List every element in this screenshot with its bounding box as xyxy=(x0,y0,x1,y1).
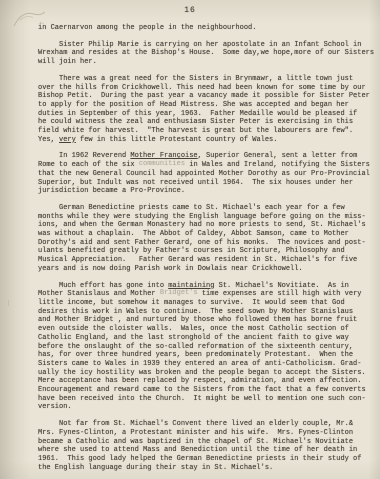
text-line: Mother Stanislaus and Mother Bridget's t… xyxy=(38,290,374,299)
decorated-word: communities xyxy=(139,160,185,168)
text-line: Encouragement and reward came to the Sis… xyxy=(38,386,374,395)
text-line: Much effort has gone into maintaining St… xyxy=(38,282,374,291)
text-line: even outside the cloister walls. Wales, … xyxy=(38,325,374,334)
text-line: Superior, but Indult was not received un… xyxy=(38,179,374,188)
text-line: 1961. This good lady helped the German B… xyxy=(38,455,374,464)
text-line: Not far from St. Michael's Convent there… xyxy=(38,420,374,429)
text-line: Catholic England, and the last stronghol… xyxy=(38,334,374,343)
text-line: jurisdiction became a Pro-Province. xyxy=(38,187,374,196)
decorated-word: very xyxy=(59,136,76,144)
text-line: to apply for the position of Head Mistre… xyxy=(38,101,374,110)
text-line: field white for harvest. "The harvest is… xyxy=(38,127,374,136)
paragraph: There was a great need for the Sisters i… xyxy=(38,75,374,145)
text-line: There was a great need for the Sisters i… xyxy=(38,75,374,84)
text-line: Wrexham and resides at the Bishop's Hous… xyxy=(38,49,374,58)
text-line: where she used to attend Mass and Benedi… xyxy=(38,446,374,455)
page-number: 16 xyxy=(0,6,380,15)
text-line: have been received into the Church. It m… xyxy=(38,395,374,404)
text-line: that the new General Council had appoint… xyxy=(38,170,374,179)
text-line: became a Catholic and was baptized in th… xyxy=(38,438,374,447)
paragraph: German Benedictine priests came to St. M… xyxy=(38,204,374,274)
text-line: over the hills from Crickhowell. This ne… xyxy=(38,84,374,93)
text-line: Mere acceptance has been replaced by res… xyxy=(38,377,374,386)
paragraph: Sister Philip Marie is carrying on her a… xyxy=(38,41,374,67)
text-line: Sisters came to Wales in 1939 they enter… xyxy=(38,360,374,369)
text-line: ually the icy hostility was broken and t… xyxy=(38,369,374,378)
text-line: Mrs. Fynes-Clinton, a Protestant ministe… xyxy=(38,429,374,438)
paragraph: Not far from St. Michael's Convent there… xyxy=(38,420,374,472)
text-line: years and is now doing Parish work in Do… xyxy=(38,265,374,274)
text-line: has, for over three hundred years, been … xyxy=(38,351,374,360)
paragraph: In 1962 Reverend Mother Françoise, Super… xyxy=(38,152,374,196)
scan-speck xyxy=(8,300,9,306)
text-line: will join her. xyxy=(38,58,374,67)
text-line: the English language during their stay i… xyxy=(38,464,374,473)
text-line: little income, but somehow it manages to… xyxy=(38,299,374,308)
text-line: he could witness the zeal and enthusiasm… xyxy=(38,118,374,127)
text-line: ulants benefited greatly by Father's cou… xyxy=(38,247,374,256)
text-line: version. xyxy=(38,403,374,412)
text-line: and Mother Bridget , and nurtured by tho… xyxy=(38,316,374,325)
paragraph: Much effort has gone into maintaining St… xyxy=(38,282,374,413)
text-line: Yes, very few in this little Protestant … xyxy=(38,136,374,145)
decorated-word: Bridget's xyxy=(160,289,198,297)
text-line: was without a chaplain. The Abbot of Cal… xyxy=(38,230,374,239)
text-line: In 1962 Reverend Mother Françoise, Super… xyxy=(38,152,374,161)
text-line: Bishop Petit. During the past year a vac… xyxy=(38,92,374,101)
scanned-page: 16 in Caernarvon among the people in the… xyxy=(0,0,380,479)
text-line: Rome to each of the six communities in W… xyxy=(38,161,374,170)
text-line: before the onslaught of the so-called re… xyxy=(38,343,374,352)
text-line: German Benedictine priests came to St. M… xyxy=(38,204,374,213)
page-text: in Caernarvon among the people in the ne… xyxy=(38,24,374,479)
text-line: ions, and when the German Monastery had … xyxy=(38,221,374,230)
paragraph: in Caernarvon among the people in the ne… xyxy=(38,24,374,33)
text-line: in Caernarvon among the people in the ne… xyxy=(38,24,374,33)
text-line: Musical Appreciation. Father Gerard was … xyxy=(38,256,374,265)
